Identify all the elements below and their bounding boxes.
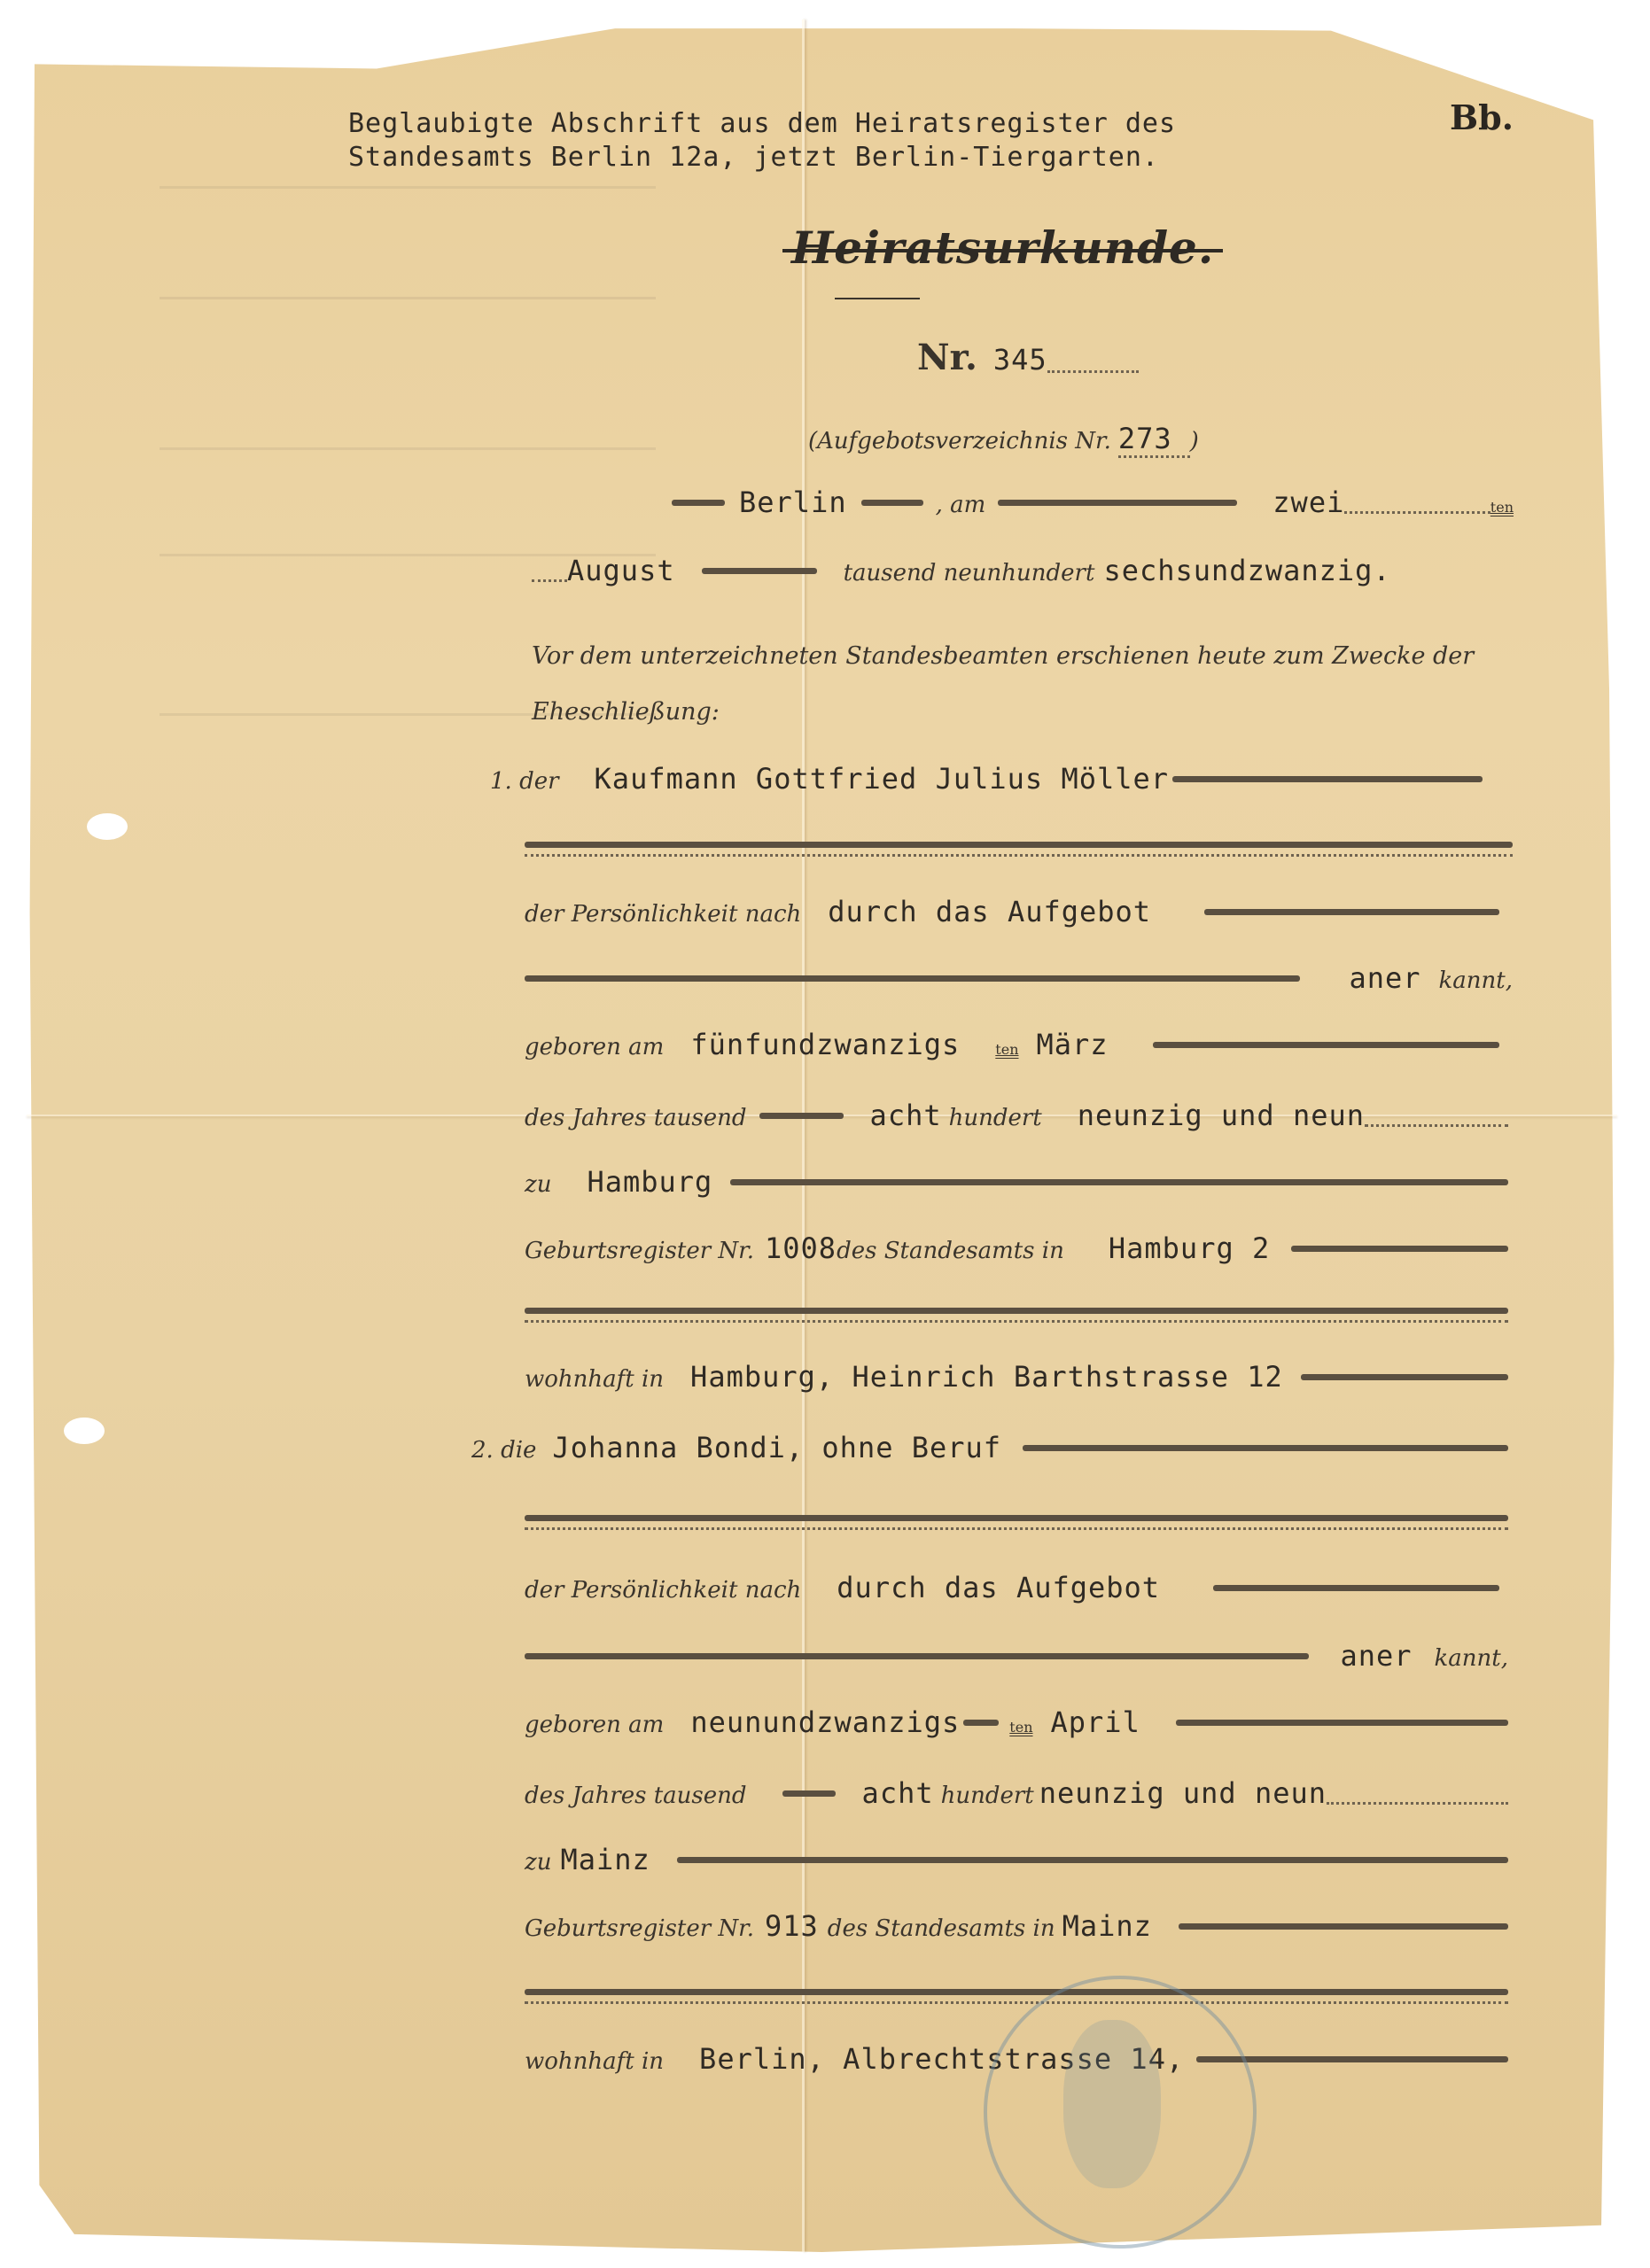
person1-index: 1. der: [490, 768, 559, 795]
person2-name-row: 2. die Johanna Bondi, ohne Beruf: [471, 1431, 1508, 1464]
title-rule: [835, 298, 920, 299]
person1-identity: durch das Aufgebot: [828, 895, 1151, 928]
person1-recognized: aner: [1349, 961, 1420, 995]
person2-born-row: geboren am neunundzwanzigs ten April: [525, 1705, 1508, 1739]
intro-line-1: Vor dem unterzeichneten Standesbeamten e…: [532, 642, 1474, 670]
person1-register-office: Hamburg 2: [1109, 1231, 1270, 1265]
person1-residence-row: wohnhaft in Hamburg, Heinrich Barthstras…: [525, 1360, 1508, 1394]
person1-register-number: 1008: [765, 1231, 837, 1265]
register-label: Geburtsregister Nr.: [525, 1238, 754, 1264]
person2-birthplace-row: zu Mainz: [525, 1843, 1508, 1876]
day-suffix: ten: [1009, 1719, 1032, 1736]
fill-bar: [1213, 1585, 1499, 1591]
hundred-label: hundert: [941, 1783, 1034, 1809]
fill-bar: [861, 500, 923, 506]
born-label: geboren am: [525, 1034, 664, 1060]
day: zwei: [1273, 485, 1344, 519]
person1-recognized-row: aner kannt,: [525, 961, 1513, 995]
day-suffix: ten: [1490, 499, 1514, 516]
fill-bar: [963, 1720, 999, 1726]
day-suffix: ten: [995, 1041, 1018, 1058]
blank-rule: [525, 1515, 1508, 1521]
person2-born-month: April: [1051, 1705, 1140, 1739]
fill-bar: [1153, 1042, 1499, 1048]
person2-year-row: des Jahres tausend acht hundert neunzig …: [525, 1776, 1508, 1810]
person2-born-day: neunundzwanzigs: [690, 1705, 960, 1739]
aufgebot-label: (Aufgebotsverzeichnis Nr.: [808, 428, 1111, 454]
year-label: des Jahres tausend: [525, 1783, 747, 1809]
person1-name-row: 1. der Kaufmann Gottfried Julius Möller: [490, 762, 1483, 796]
identity-label: der Persönlichkeit nach: [525, 1577, 801, 1604]
person2-identity-row: der Persönlichkeit nach durch das Aufgeb…: [525, 1571, 1499, 1604]
person2-index: 2. die: [471, 1437, 536, 1464]
fill-bar: [672, 500, 725, 506]
fill-bar: [677, 1857, 1508, 1863]
place: Berlin: [739, 485, 847, 519]
corner-mark: Bb.: [1450, 97, 1514, 137]
identity-label: der Persönlichkeit nach: [525, 901, 801, 928]
blank-rule: [525, 1308, 1508, 1314]
person2-birthplace: Mainz: [560, 1843, 650, 1876]
fill-bar: [1301, 1374, 1508, 1380]
document-title: Heiratsurkunde.: [791, 221, 1214, 274]
fill-bar: [1023, 1445, 1508, 1451]
recognized-label: kannt,: [1439, 967, 1513, 994]
month-year-row: August tausend neunhundert sechsundzwanz…: [532, 554, 1529, 587]
month: August: [567, 554, 675, 587]
dotted-line: [1327, 1802, 1508, 1805]
person2-identity: durch das Aufgebot: [837, 1571, 1160, 1604]
year-value: sechsundzwanzig.: [1103, 554, 1390, 587]
aufgebot-number: 273: [1118, 422, 1190, 458]
year-label: des Jahres tausend: [525, 1105, 747, 1131]
person2-register-row: Geburtsregister Nr. 913 des Standesamts …: [525, 1909, 1508, 1943]
hundred-label: hundert: [949, 1105, 1042, 1131]
fill-bar: [525, 975, 1300, 982]
register-office-label: des Standesamts in: [828, 1915, 1055, 1942]
in-label: zu: [525, 1849, 551, 1876]
in-label: zu: [525, 1171, 551, 1198]
punch-hole-icon: [87, 813, 128, 840]
person2-register-office: Mainz: [1062, 1909, 1152, 1943]
show-through-line: [160, 186, 656, 189]
show-through-line: [160, 297, 656, 299]
residence-label: wohnhaft in: [525, 1366, 664, 1393]
person1-year-row: des Jahres tausend acht hundert neunzig …: [525, 1099, 1508, 1132]
punch-hole-icon: [64, 1417, 105, 1444]
header-line-1: Beglaubigte Abschrift aus dem Heiratsreg…: [348, 108, 1176, 139]
register-label: Geburtsregister Nr.: [525, 1915, 754, 1942]
recognized-label: kannt,: [1435, 1645, 1508, 1672]
am-label: , am: [936, 492, 986, 518]
residence-label: wohnhaft in: [525, 2048, 664, 2075]
person2-recognized: aner: [1340, 1639, 1412, 1673]
dotted-line: [532, 579, 567, 582]
fill-bar: [1176, 1720, 1508, 1726]
number-label: Nr.: [917, 337, 977, 378]
dotted-line: [1047, 370, 1139, 373]
dotted-line: [1344, 511, 1490, 514]
fill-bar: [702, 568, 817, 574]
person1-year-rest: neunzig und neun: [1078, 1099, 1365, 1132]
fill-bar: [1179, 1923, 1508, 1930]
person2-year-rest: neunzig und neun: [1039, 1776, 1327, 1810]
fill-bar: [759, 1113, 844, 1119]
fill-bar: [730, 1179, 1508, 1185]
fill-bar: [1291, 1246, 1508, 1252]
certificate-number-row: Nr. 345: [917, 337, 1139, 378]
person1-name: Kaufmann Gottfried Julius Möller: [595, 762, 1170, 796]
person1-born-day: fünfundzwanzigs: [690, 1028, 960, 1061]
fill-bar: [998, 500, 1237, 506]
person1-year-hundreds: acht: [870, 1099, 942, 1132]
person2-register-number: 913: [765, 1909, 819, 1943]
header-line-2: Standesamts Berlin 12a, jetzt Berlin-Tie…: [348, 142, 1159, 173]
fill-bar: [525, 1653, 1309, 1659]
aufgebot-suffix: ): [1190, 428, 1199, 454]
person1-birthplace-row: zu Hamburg: [525, 1165, 1508, 1199]
person1-birthplace: Hamburg: [587, 1165, 712, 1199]
dotted-line: [1365, 1124, 1508, 1127]
person1-born-row: geboren am fünfundzwanzigs ten März: [525, 1028, 1499, 1061]
born-label: geboren am: [525, 1712, 664, 1738]
person1-register-row: Geburtsregister Nr. 1008 des Standesamts…: [525, 1231, 1508, 1265]
aufgebot-row: (Aufgebotsverzeichnis Nr. 273 ): [808, 422, 1199, 458]
certificate-number: 345: [993, 343, 1047, 377]
intro-line-2: Eheschließung:: [532, 698, 720, 726]
person1-residence: Hamburg, Heinrich Barthstrasse 12: [690, 1360, 1283, 1394]
fill-bar: [1172, 776, 1483, 782]
person2-recognized-row: aner kannt,: [525, 1639, 1508, 1673]
fill-bar: [1204, 909, 1499, 915]
show-through-line: [160, 447, 656, 450]
register-office-label: des Standesamts in: [837, 1238, 1064, 1264]
person1-born-month: März: [1037, 1028, 1109, 1061]
blank-rule: [525, 842, 1513, 848]
blank-rule: [525, 1989, 1508, 1995]
year-label: tausend neunhundert: [844, 560, 1095, 586]
eagle-emblem-icon: [1063, 2020, 1161, 2188]
person1-identity-row: der Persönlichkeit nach durch das Aufgeb…: [525, 895, 1499, 928]
person2-name: Johanna Bondi, ohne Beruf: [552, 1431, 1001, 1464]
place-date-row: Berlin , am zwei ten: [672, 485, 1514, 519]
person2-year-hundreds: acht: [862, 1776, 934, 1810]
fill-bar: [782, 1790, 836, 1797]
